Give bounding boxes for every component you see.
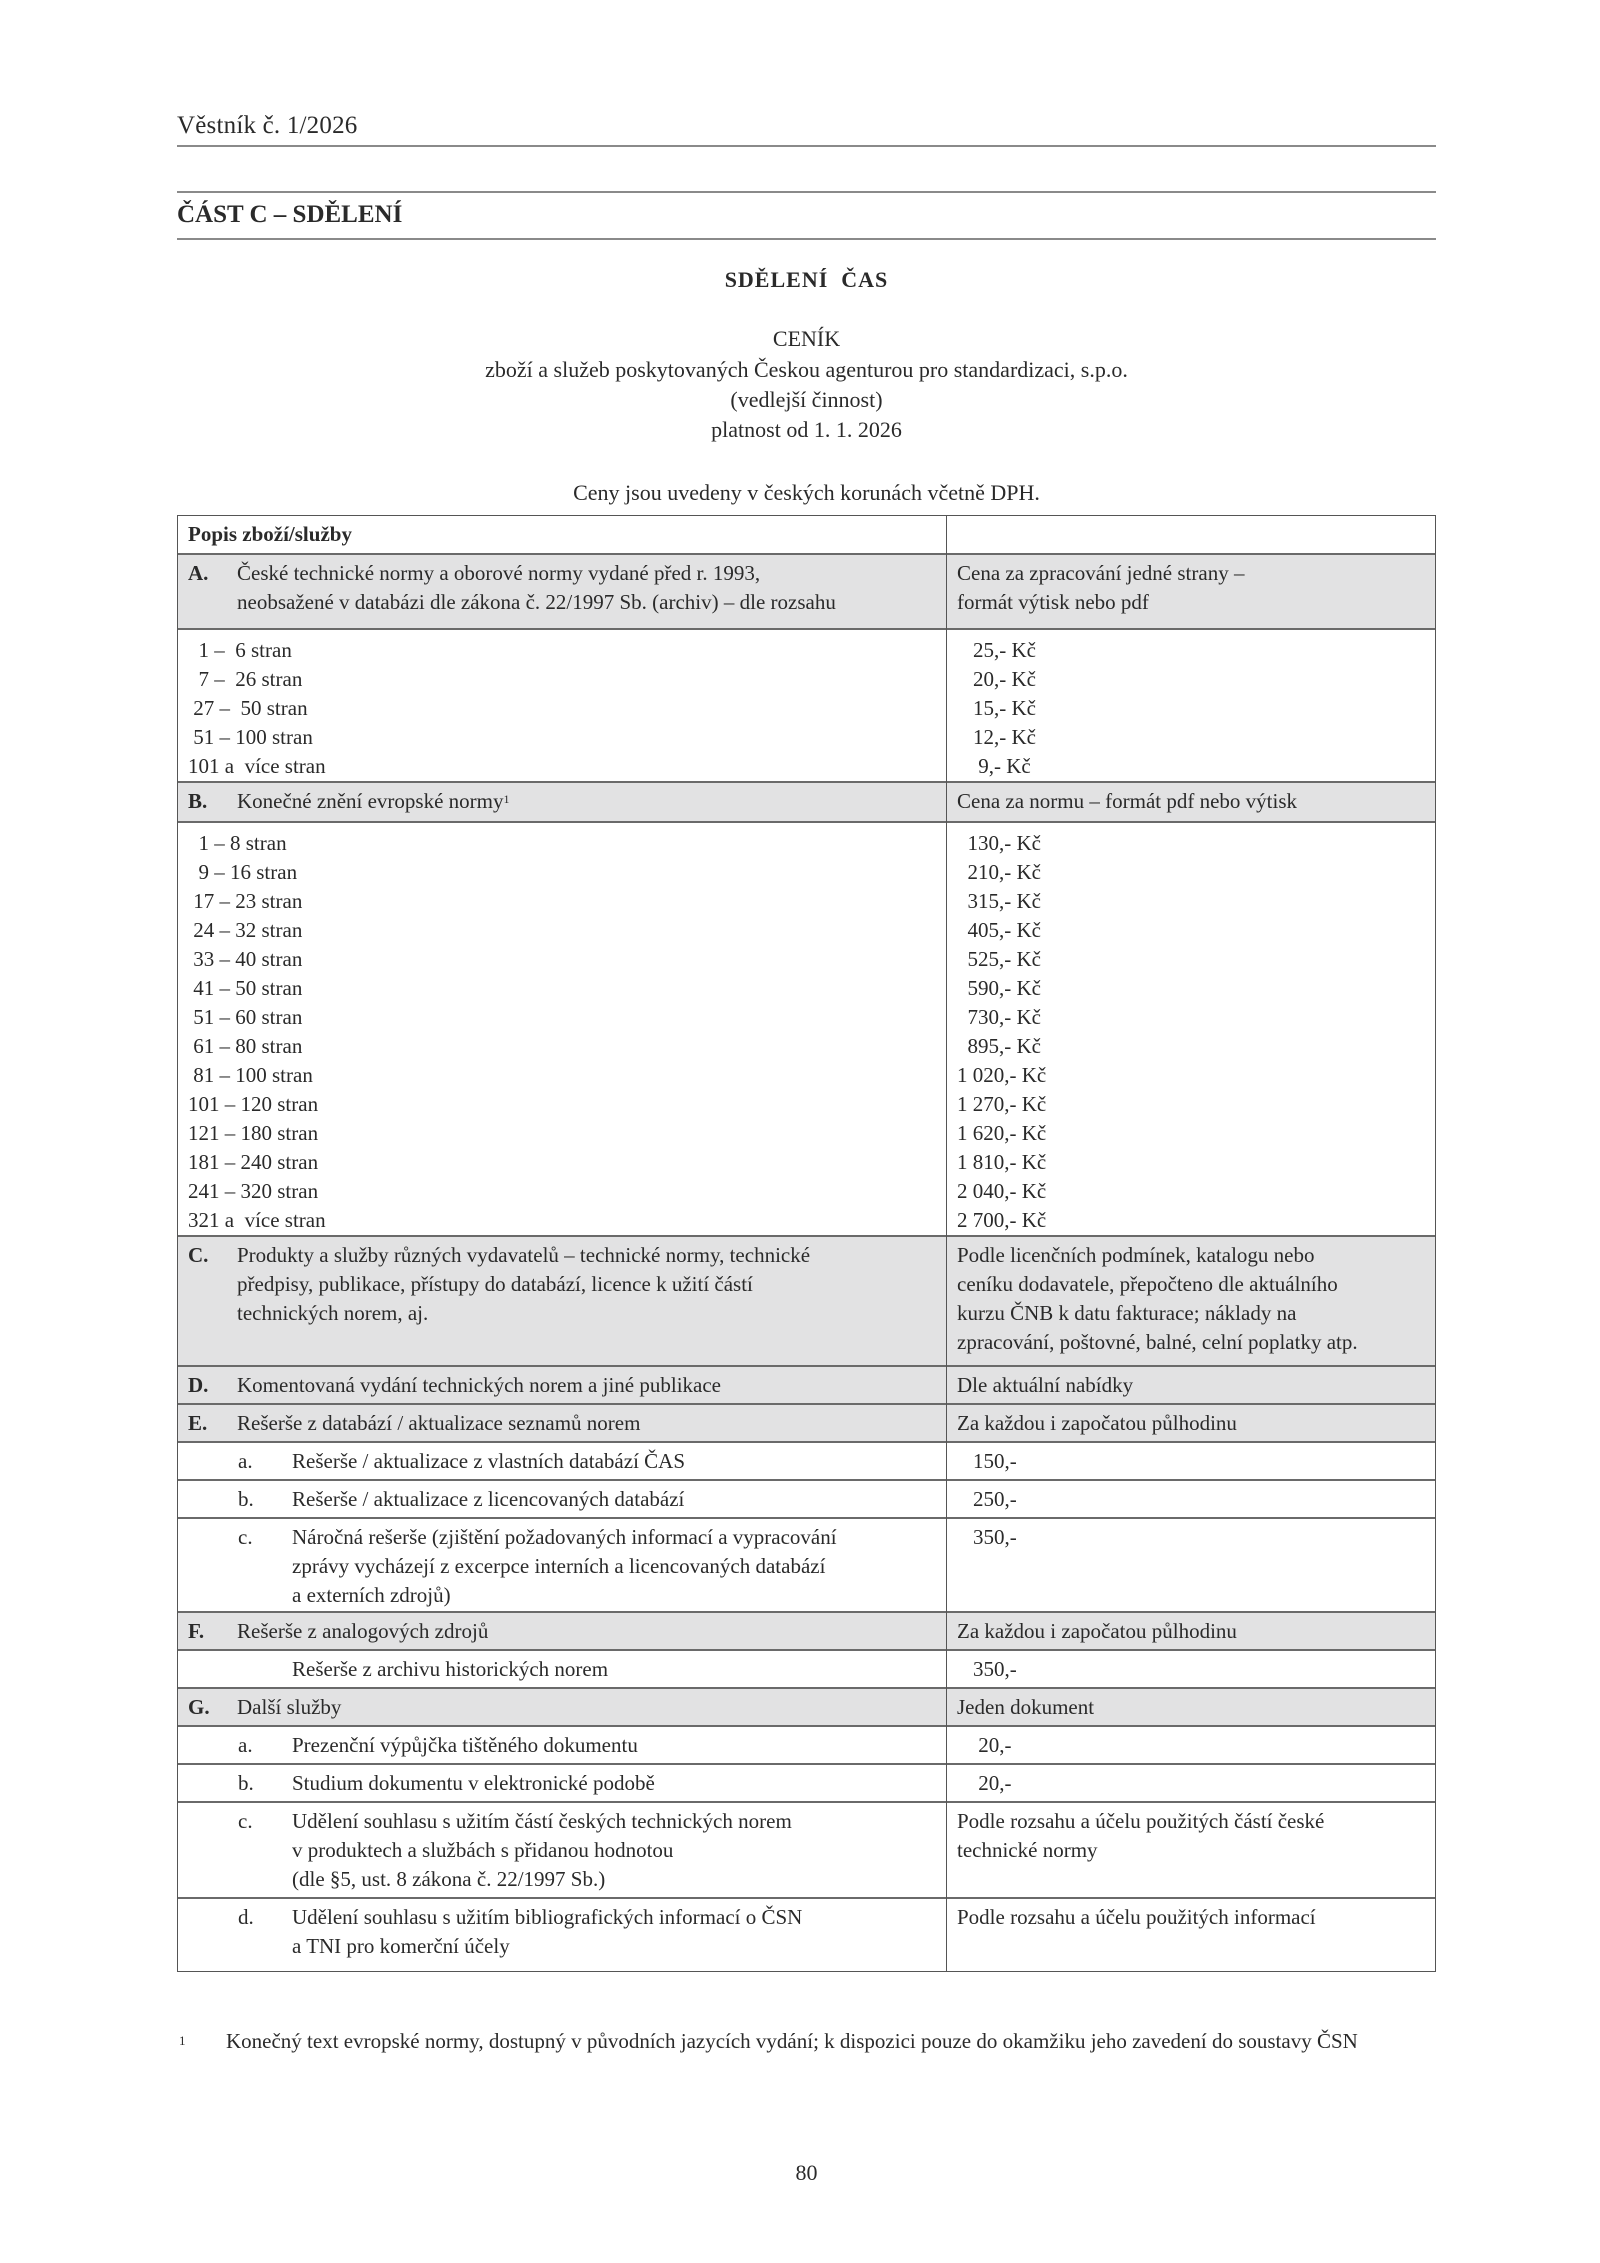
page-range: 241 – 320 stran [188, 1177, 936, 1206]
item-description-cell: b.Studium dokumentu v elektronické podob… [178, 1765, 946, 1802]
section-letter: D. [188, 1371, 208, 1400]
prices-note: Ceny jsou uvedeny v českých korunách vče… [177, 480, 1436, 506]
section-price-line: formát výtisk nebo pdf [957, 588, 1425, 617]
price-value: 15,- Kč [973, 694, 1425, 723]
item-price-line: Podle rozsahu a účelu použitých částí če… [957, 1807, 1425, 1836]
item-price: 350,- [973, 1655, 1425, 1684]
item-row-E-c: c.Náročná rešerše (zjištění požadovaných… [178, 1517, 1435, 1611]
running-head: Věstník č. 1/2026 [177, 112, 357, 140]
section-price-line: Za každou i započatou půlhodinu [957, 1409, 1425, 1438]
item-letter: d. [238, 1903, 254, 1932]
page-range: 51 – 100 stran [188, 723, 936, 752]
item-row-G-a: a.Prezenční výpůjčka tištěného dokumentu… [178, 1725, 1435, 1763]
item-letter: c. [238, 1523, 253, 1552]
section-price-cell: Za každou i započatou půlhodinu [947, 1405, 1435, 1442]
section-row-A: A.České technické normy a oborové normy … [178, 553, 1435, 628]
section-row-E: E.Rešerše z databází / aktualizace sezna… [178, 1403, 1435, 1441]
item-description-line: zprávy vycházejí z excerpce interních a … [292, 1552, 936, 1581]
section-title-line: Rešerše z analogových zdrojů [237, 1617, 936, 1646]
section-price-cell: Dle aktuální nabídky [947, 1367, 1435, 1404]
table-header-row: Popis zboží/služby [178, 516, 1435, 553]
page-range: 121 – 180 stran [188, 1119, 936, 1148]
item-description-line: a TNI pro komerční účely [292, 1932, 936, 1961]
price-value: 9,- Kč [973, 752, 1425, 781]
price-cell: 25,- Kč20,- Kč15,- Kč12,- Kč 9,- Kč [947, 630, 1435, 785]
footnote-mark: 1 [179, 2033, 186, 2049]
price-value: 730,- Kč [957, 1003, 1425, 1032]
section-title-line: Konečné znění evropské normy1 [237, 787, 936, 816]
column-header-description: Popis zboží/služby [188, 522, 352, 546]
section-title-cell: E.Rešerše z databází / aktualizace sezna… [178, 1405, 946, 1442]
item-price-cell: Podle rozsahu a účelu použitých částí če… [947, 1803, 1435, 1869]
item-description: Udělení souhlasu s užitím bibliografický… [292, 1903, 936, 1961]
section-title-cell: G.Další služby [178, 1689, 946, 1726]
section-title-cell: A.České technické normy a oborové normy … [178, 555, 946, 621]
item-letter: b. [238, 1769, 254, 1798]
item-price: 250,- [973, 1485, 1425, 1514]
pricelist-validity: platnost od 1. 1. 2026 [177, 417, 1436, 443]
page-range: 61 – 80 stran [188, 1032, 936, 1061]
item-row-F-1: Rešerše z archivu historických norem350,… [178, 1649, 1435, 1687]
price-value: 1 020,- Kč [957, 1061, 1425, 1090]
section-B-body: 1 – 8 stran 9 – 16 stran 17 – 23 stran 2… [178, 821, 1435, 1235]
section-title: Další služby [237, 1693, 936, 1722]
header-right-cell [947, 516, 1435, 524]
pricelist-activity: (vedlejší činnost) [177, 387, 1436, 413]
item-price-cell: 350,- [947, 1519, 1435, 1556]
section-price-line: ceníku dodavatele, přepočteno dle aktuál… [957, 1270, 1425, 1299]
section-price-cell: Cena za zpracování jedné strany –formát … [947, 555, 1435, 621]
section-title: Rešerše z databází / aktualizace seznamů… [237, 1409, 936, 1438]
item-description-line: Udělení souhlasu s užitím částí českých … [292, 1807, 936, 1836]
section-title-cell: C.Produkty a služby různých vydavatelů –… [178, 1237, 946, 1332]
price-value: 210,- Kč [957, 858, 1425, 887]
section-title-line: Komentovaná vydání technických norem a j… [237, 1371, 936, 1400]
price-value: 2 700,- Kč [957, 1206, 1425, 1235]
item-price-line: Podle rozsahu a účelu použitých informac… [957, 1903, 1425, 1932]
item-price-cell: 20,- [947, 1765, 1435, 1802]
price-value: 2 040,- Kč [957, 1177, 1425, 1206]
item-description-line: Prezenční výpůjčka tištěného dokumentu [292, 1731, 936, 1760]
item-description: Rešerše / aktualizace z vlastních databá… [292, 1447, 936, 1476]
section-title: Konečné znění evropské normy1 [237, 787, 936, 816]
item-description-cell: c.Náročná rešerše (zjištění požadovaných… [178, 1519, 946, 1614]
item-description-line: (dle §5, ust. 8 zákona č. 22/1997 Sb.) [292, 1865, 936, 1894]
item-price-line: technické normy [957, 1836, 1425, 1865]
section-title-line: předpisy, publikace, přístupy do databáz… [237, 1270, 936, 1299]
item-description: Udělení souhlasu s užitím částí českých … [292, 1807, 936, 1894]
page-range: 321 a více stran [188, 1206, 936, 1235]
section-letter: G. [188, 1693, 210, 1722]
section-price-line: zpracování, poštovné, balné, celní popla… [957, 1328, 1425, 1357]
item-letter: b. [238, 1485, 254, 1514]
item-row-G-c: c.Udělení souhlasu s užitím částí českýc… [178, 1801, 1435, 1897]
item-description: Studium dokumentu v elektronické podobě [292, 1769, 936, 1798]
section-title: Produkty a služby různých vydavatelů – t… [237, 1241, 936, 1328]
range-cell: 1 – 6 stran 7 – 26 stran 27 – 50 stran 5… [178, 630, 946, 785]
section-price-line: Jeden dokument [957, 1693, 1425, 1722]
price-value: 525,- Kč [957, 945, 1425, 974]
header-rule [177, 145, 1436, 147]
section-row-G: G.Další službyJeden dokument [178, 1687, 1435, 1725]
price-value: 130,- Kč [957, 829, 1425, 858]
part-rule-top [177, 191, 1436, 193]
section-title-cell: B.Konečné znění evropské normy1 [178, 783, 946, 820]
item-description: Náročná rešerše (zjištění požadovaných i… [292, 1523, 936, 1610]
section-title: České technické normy a oborové normy vy… [237, 559, 936, 617]
price-value: 1 270,- Kč [957, 1090, 1425, 1119]
item-description-cell: a.Prezenční výpůjčka tištěného dokumentu [178, 1727, 946, 1764]
price-value: 1 620,- Kč [957, 1119, 1425, 1148]
price-value: 590,- Kč [957, 974, 1425, 1003]
price-value: 1 810,- Kč [957, 1148, 1425, 1177]
item-price: 20,- [973, 1731, 1425, 1760]
item-description: Rešerše z archivu historických norem [292, 1655, 936, 1684]
item-description: Rešerše / aktualizace z licencovaných da… [292, 1485, 936, 1514]
section-title-line: Rešerše z databází / aktualizace seznamů… [237, 1409, 936, 1438]
page-range: 81 – 100 stran [188, 1061, 936, 1090]
item-letter: c. [238, 1807, 253, 1836]
pricelist-subtitle: zboží a služeb poskytovaných Českou agen… [177, 357, 1436, 383]
header-left-cell: Popis zboží/služby [178, 516, 946, 553]
item-description-line: Náročná rešerše (zjištění požadovaných i… [292, 1523, 936, 1552]
item-description-line: Udělení souhlasu s užitím bibliografický… [292, 1903, 936, 1932]
part-title: ČÁST C – SDĚLENÍ [177, 201, 402, 229]
item-row-E-b: b.Rešerše / aktualizace z licencovaných … [178, 1479, 1435, 1517]
item-description-cell: b.Rešerše / aktualizace z licencovaných … [178, 1481, 946, 1518]
price-value: 405,- Kč [957, 916, 1425, 945]
section-price-line: kurzu ČNB k datu fakturace; náklady na [957, 1299, 1425, 1328]
item-price-cell: 250,- [947, 1481, 1435, 1518]
section-row-D: D.Komentovaná vydání technických norem a… [178, 1365, 1435, 1403]
item-description: Prezenční výpůjčka tištěného dokumentu [292, 1731, 936, 1760]
item-description-line: Studium dokumentu v elektronické podobě [292, 1769, 936, 1798]
page-range: 181 – 240 stran [188, 1148, 936, 1177]
price-value: 315,- Kč [957, 887, 1425, 916]
page-range: 1 – 6 stran [188, 636, 936, 665]
page-range: 101 a více stran [188, 752, 936, 781]
item-description-cell: c.Udělení souhlasu s užitím částí českýc… [178, 1803, 946, 1898]
item-description-line: Rešerše / aktualizace z licencovaných da… [292, 1485, 936, 1514]
section-price-cell: Za každou i započatou půlhodinu [947, 1613, 1435, 1650]
item-price-cell: Podle rozsahu a účelu použitých informac… [947, 1899, 1435, 1936]
item-description-line: Rešerše z archivu historických norem [292, 1655, 936, 1684]
page-range: 17 – 23 stran [188, 887, 936, 916]
price-value: 895,- Kč [957, 1032, 1425, 1061]
item-price-cell: 150,- [947, 1443, 1435, 1480]
section-title-cell: D.Komentovaná vydání technických norem a… [178, 1367, 946, 1404]
section-title-line: neobsažené v databázi dle zákona č. 22/1… [237, 588, 936, 617]
page-range: 9 – 16 stran [188, 858, 936, 887]
section-title-line: Další služby [237, 1693, 936, 1722]
section-row-F: F.Rešerše z analogových zdrojůZa každou … [178, 1611, 1435, 1649]
page-range: 1 – 8 stran [188, 829, 936, 858]
section-price-line: Dle aktuální nabídky [957, 1371, 1425, 1400]
item-price: 20,- [973, 1769, 1425, 1798]
item-price: 150,- [973, 1447, 1425, 1476]
price-table: d.Udělení souhlasu s užitím bibliografic… [177, 515, 1436, 1972]
section-row-B: B.Konečné znění evropské normy1Cena za n… [178, 781, 1435, 821]
section-letter: E. [188, 1409, 207, 1438]
page-range: 7 – 26 stran [188, 665, 936, 694]
page-range: 27 – 50 stran [188, 694, 936, 723]
section-letter: A. [188, 559, 208, 588]
item-description-line: a externích zdrojů) [292, 1581, 936, 1610]
section-price-line: Cena za zpracování jedné strany – [957, 559, 1425, 588]
item-description-cell: d.Udělení souhlasu s užitím bibliografic… [178, 1899, 946, 1965]
price-value: 12,- Kč [973, 723, 1425, 752]
item-description-line: Rešerše / aktualizace z vlastních databá… [292, 1447, 936, 1476]
section-A-body: 1 – 6 stran 7 – 26 stran 27 – 50 stran 5… [178, 628, 1435, 781]
part-rule-bottom [177, 238, 1436, 240]
section-price-cell: Jeden dokument [947, 1689, 1435, 1726]
section-title: Rešerše z analogových zdrojů [237, 1617, 936, 1646]
item-letter: a. [238, 1731, 253, 1760]
section-letter: B. [188, 787, 207, 816]
section-title-line: Produkty a služby různých vydavatelů – t… [237, 1241, 936, 1270]
price-cell: 130,- Kč 210,- Kč 315,- Kč 405,- Kč 525,… [947, 823, 1435, 1239]
item-price-cell: 20,- [947, 1727, 1435, 1764]
page-range: 33 – 40 stran [188, 945, 936, 974]
footnote-text: Konečný text evropské normy, dostupný v … [226, 2027, 1436, 2056]
section-title-line: České technické normy a oborové normy vy… [237, 559, 936, 588]
section-row-C: C.Produkty a služby různých vydavatelů –… [178, 1235, 1435, 1365]
section-price-cell: Cena za normu – formát pdf nebo výtisk [947, 783, 1435, 820]
item-row-E-a: a.Rešerše / aktualizace z vlastních data… [178, 1441, 1435, 1479]
item-description-cell: a.Rešerše / aktualizace z vlastních data… [178, 1443, 946, 1480]
page-range: 41 – 50 stran [188, 974, 936, 1003]
item-description-line: v produktech a službách s přidanou hodno… [292, 1836, 936, 1865]
item-price: 350,- [973, 1523, 1425, 1552]
section-title-line: technických norem, aj. [237, 1299, 936, 1328]
pricelist-title: CENÍK [177, 326, 1436, 352]
page-range: 101 – 120 stran [188, 1090, 936, 1119]
section-title: Komentovaná vydání technických norem a j… [237, 1371, 936, 1400]
item-row-G-b: b.Studium dokumentu v elektronické podob… [178, 1763, 1435, 1801]
notice-title: SDĚLENÍ ČAS [177, 267, 1436, 293]
item-row-G-d: d.Udělení souhlasu s užitím bibliografic… [178, 1897, 1435, 1973]
section-price-line: Cena za normu – formát pdf nebo výtisk [957, 787, 1425, 816]
range-cell: 1 – 8 stran 9 – 16 stran 17 – 23 stran 2… [178, 823, 946, 1239]
footnote-reference: 1 [504, 792, 510, 806]
section-price-line: Za každou i započatou půlhodinu [957, 1617, 1425, 1646]
section-title-cell: F.Rešerše z analogových zdrojů [178, 1613, 946, 1650]
price-value: 25,- Kč [973, 636, 1425, 665]
item-letter: a. [238, 1447, 253, 1476]
page-range: 24 – 32 stran [188, 916, 936, 945]
item-description-cell: Rešerše z archivu historických norem [178, 1651, 946, 1688]
section-letter: C. [188, 1241, 208, 1270]
price-value: 20,- Kč [973, 665, 1425, 694]
page-number: 80 [177, 2160, 1436, 2186]
page-range: 51 – 60 stran [188, 1003, 936, 1032]
section-letter: F. [188, 1617, 204, 1646]
section-price-line: Podle licenčních podmínek, katalogu nebo [957, 1241, 1425, 1270]
section-price-cell: Podle licenčních podmínek, katalogu nebo… [947, 1237, 1435, 1361]
column-divider [946, 516, 947, 1971]
item-price-cell: 350,- [947, 1651, 1435, 1688]
